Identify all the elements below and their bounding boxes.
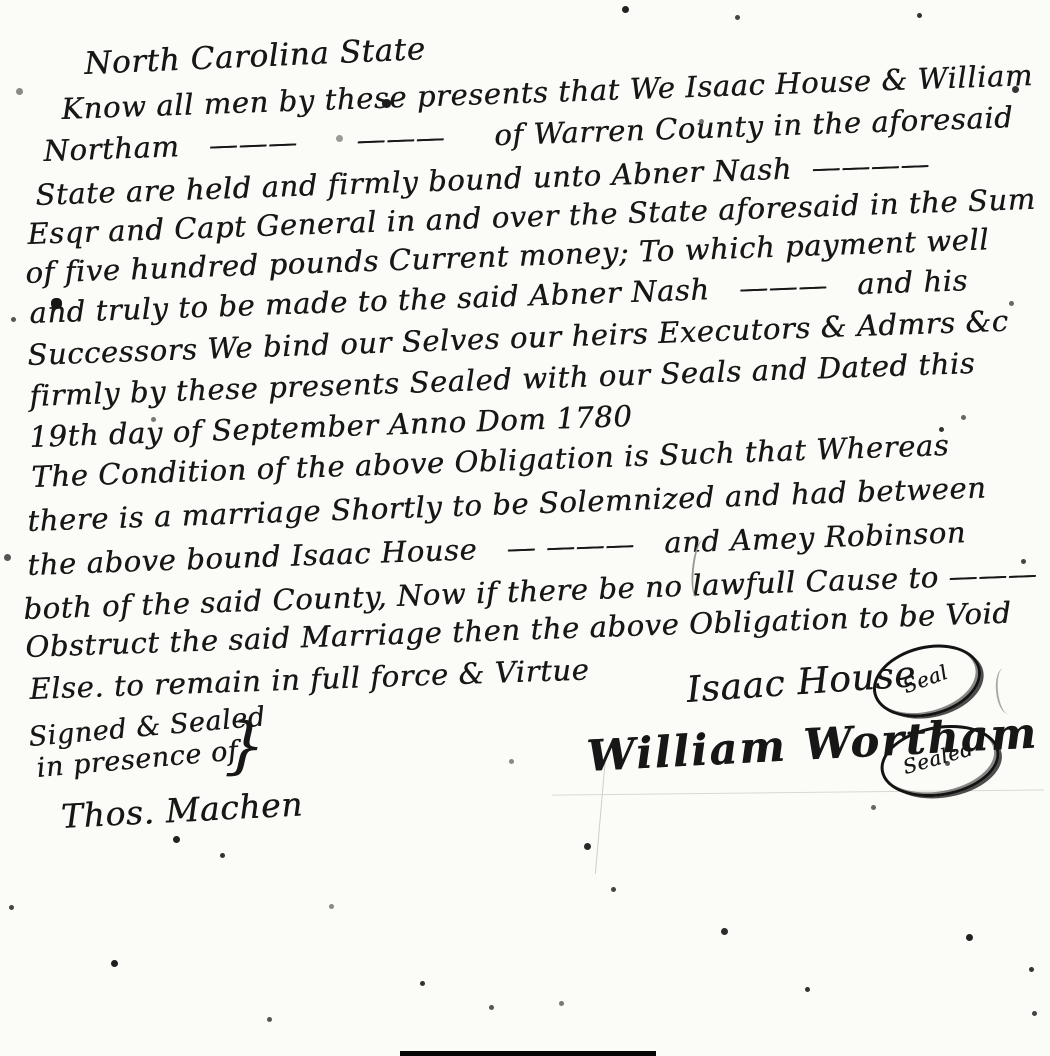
witness-signature-thos-machen: Thos. Machen (60, 784, 304, 836)
ink-smudge-arc (994, 667, 1019, 715)
paper-specks (0, 0, 3, 3)
document-heading: North Carolina State (83, 31, 426, 82)
attestation-brace: } (224, 708, 267, 782)
faint-scan-line (552, 789, 1044, 795)
scan-artifact-bar (400, 1051, 656, 1056)
scanned-document-page: North Carolina State Know all men by the… (0, 0, 1050, 1056)
